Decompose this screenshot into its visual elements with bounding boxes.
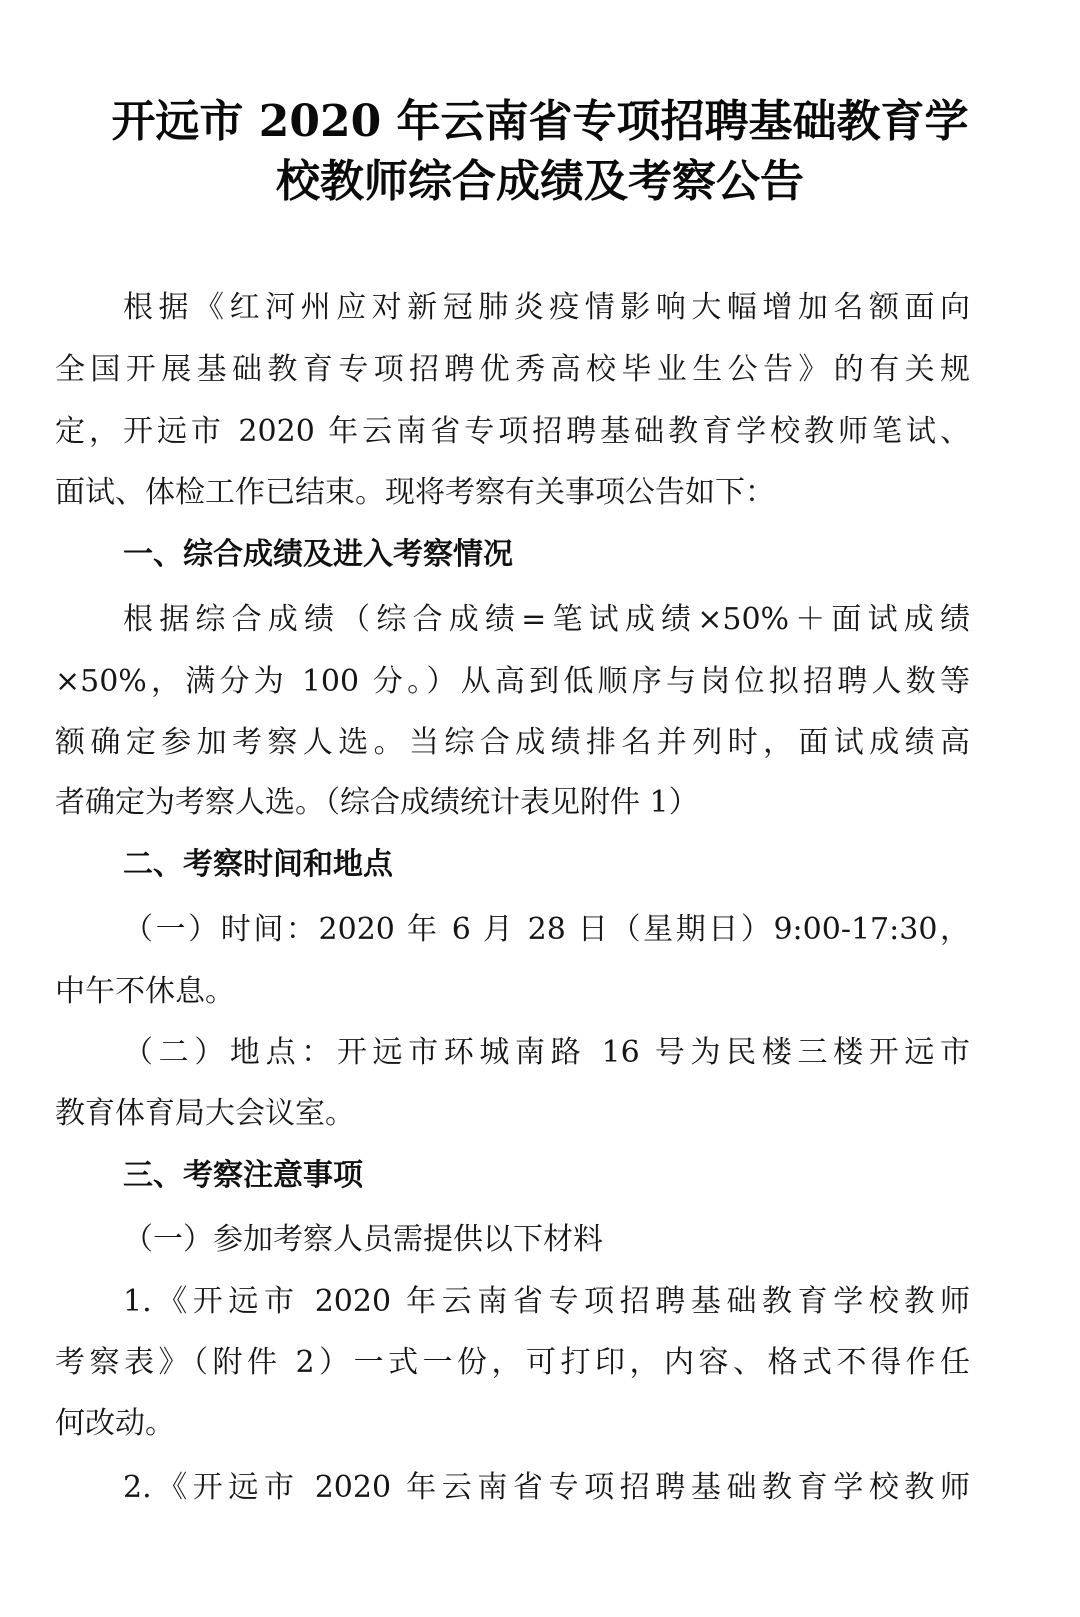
section-1-heading: 一、综合成绩及进入考察情况 [123,533,513,577]
document-page: 开远市 2020 年云南省专项招聘基础教育学 校教师综合成绩及考察公告 根据《红… [0,0,1080,1617]
section-2-heading: 二、考察时间和地点 [123,843,393,887]
intro-line-4: 面试、体检工作已结束。现将考察有关事项公告如下： [55,471,970,515]
section-1-line-2: ×50%，满分为 100 分。）从高到低顺序与岗位拟招聘人数等 [55,660,970,704]
section-2-line-4: 教育体育局大会议室。 [55,1092,970,1136]
section-3-line-2: 1.《开远市 2020 年云南省专项招聘基础教育学校教师 [123,1280,970,1324]
section-2-line-1: （一）时间：2020 年 6 月 28 日（星期日）9:00-17:30， [123,908,970,952]
intro-line-2: 全国开展基础教育专项招聘优秀高校毕业生公告》的有关规 [55,348,970,392]
section-2-line-3: （二）地点：开远市环城南路 16 号为民楼三楼开远市 [123,1031,970,1075]
section-1-line-4: 者确定为考察人选。（综合成绩统计表见附件 1） [55,781,970,825]
section-3-line-4: 何改动。 [55,1402,970,1446]
section-3-line-1: （一）参加考察人员需提供以下材料 [123,1218,970,1262]
section-3-line-3: 考察表》（附件 2）一式一份，可打印，内容、格式不得作任 [55,1341,970,1385]
section-3-heading: 三、考察注意事项 [123,1154,363,1198]
intro-line-1: 根据《红河州应对新冠肺炎疫情影响大幅增加名额面向 [123,286,970,330]
intro-line-3: 定，开远市 2020 年云南省专项招聘基础教育学校教师笔试、 [55,410,970,454]
section-3-line-5: 2.《开远市 2020 年云南省专项招聘基础教育学校教师 [123,1466,970,1510]
section-1-line-1: 根据综合成绩（综合成绩=笔试成绩×50%＋面试成绩 [123,598,970,642]
document-title-line-1: 开远市 2020 年云南省专项招聘基础教育学 [0,92,1080,152]
section-1-line-3: 额确定参加考察人选。当综合成绩排名并列时，面试成绩高 [55,721,970,765]
document-title-line-2: 校教师综合成绩及考察公告 [0,152,1080,212]
section-2-line-2: 中午不休息。 [55,970,970,1014]
